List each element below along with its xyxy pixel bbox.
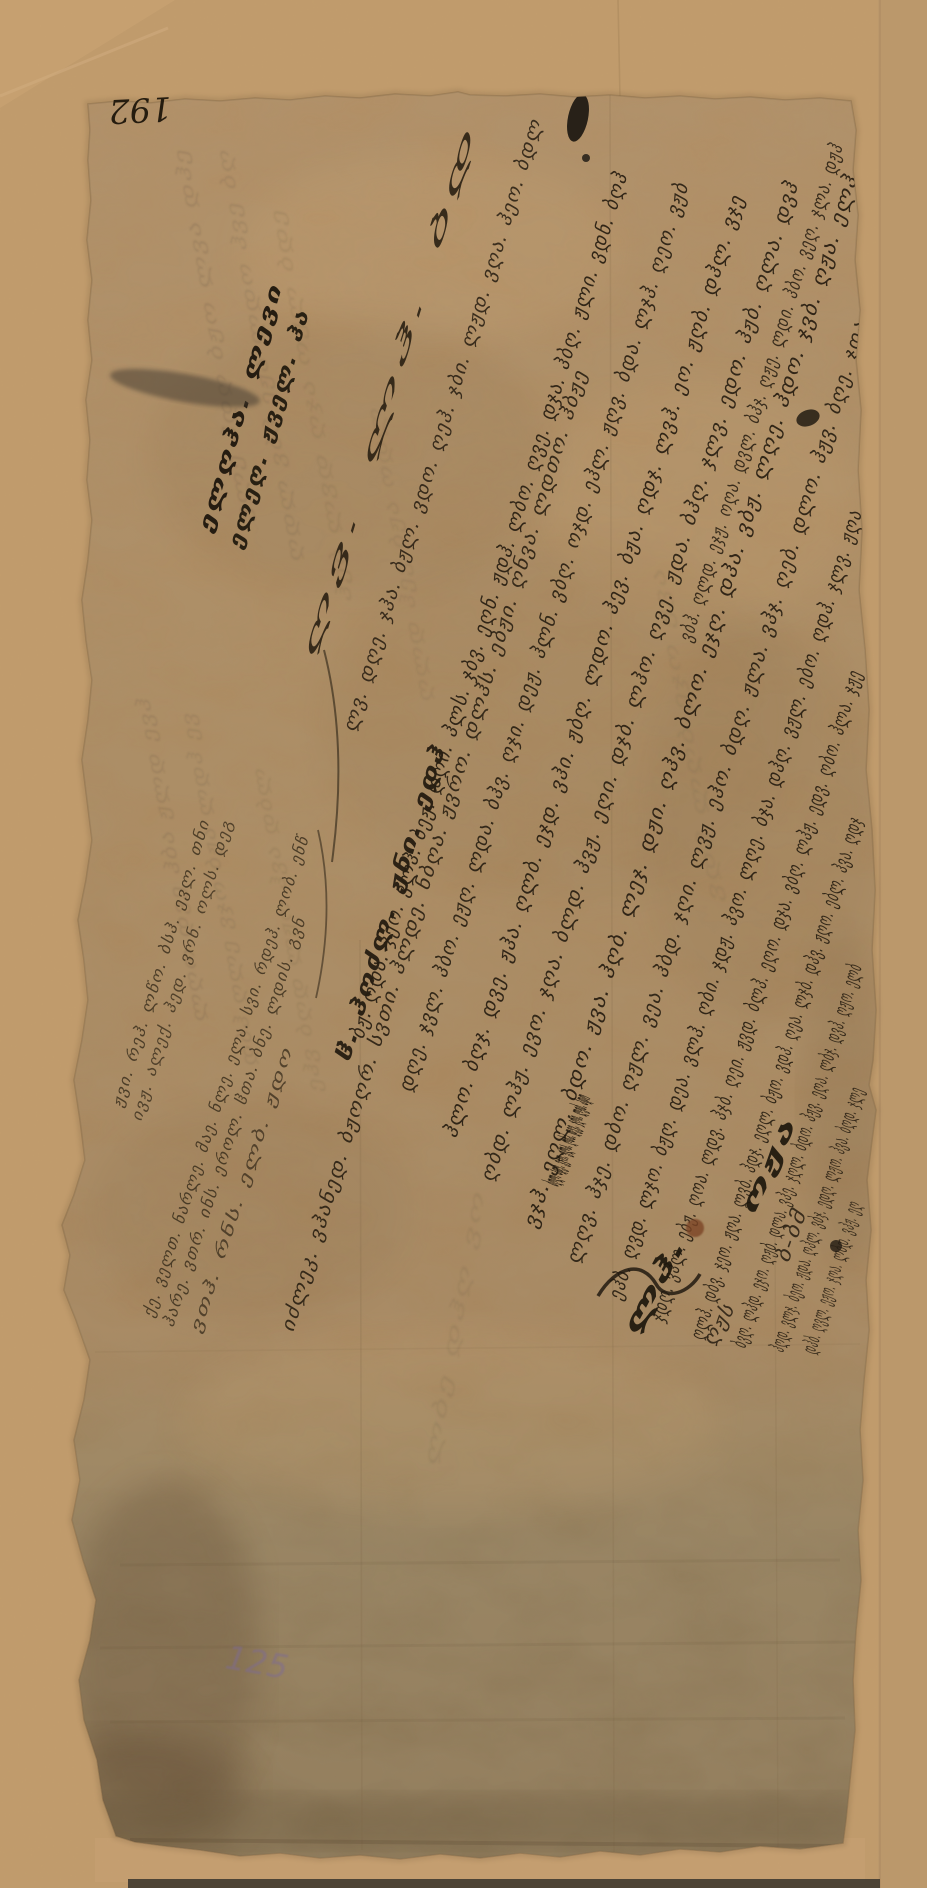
ink-blot: [830, 1240, 842, 1252]
scan-bottom-strip: [128, 1879, 880, 1888]
manuscript-scan-page: ვლე ჰდღ ბჟო ლვა დჰე ღდლ ვბჰ ეჟა ლდო ჰვე …: [0, 0, 927, 1888]
rust-blot: [686, 1219, 704, 1237]
page-number-ink: 192: [108, 89, 173, 131]
document-scan: ვლე ჰდღ ბჟო ლვა დჰე ღდლ ვბჰ ეჟა ლდო ჰვე …: [0, 0, 927, 1888]
ink-blot-satellite: [582, 154, 590, 162]
